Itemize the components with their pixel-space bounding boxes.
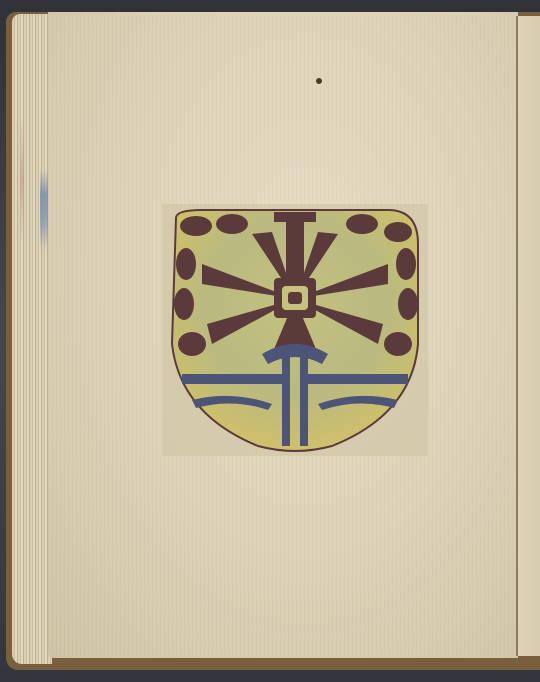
fore-edge-red-stain	[20, 120, 24, 240]
painted-emblem	[162, 204, 428, 456]
ink-spot	[316, 78, 322, 84]
fore-edge-blue-stain	[40, 170, 48, 250]
facing-page-edge	[516, 16, 540, 656]
book-fore-edge	[12, 14, 52, 664]
